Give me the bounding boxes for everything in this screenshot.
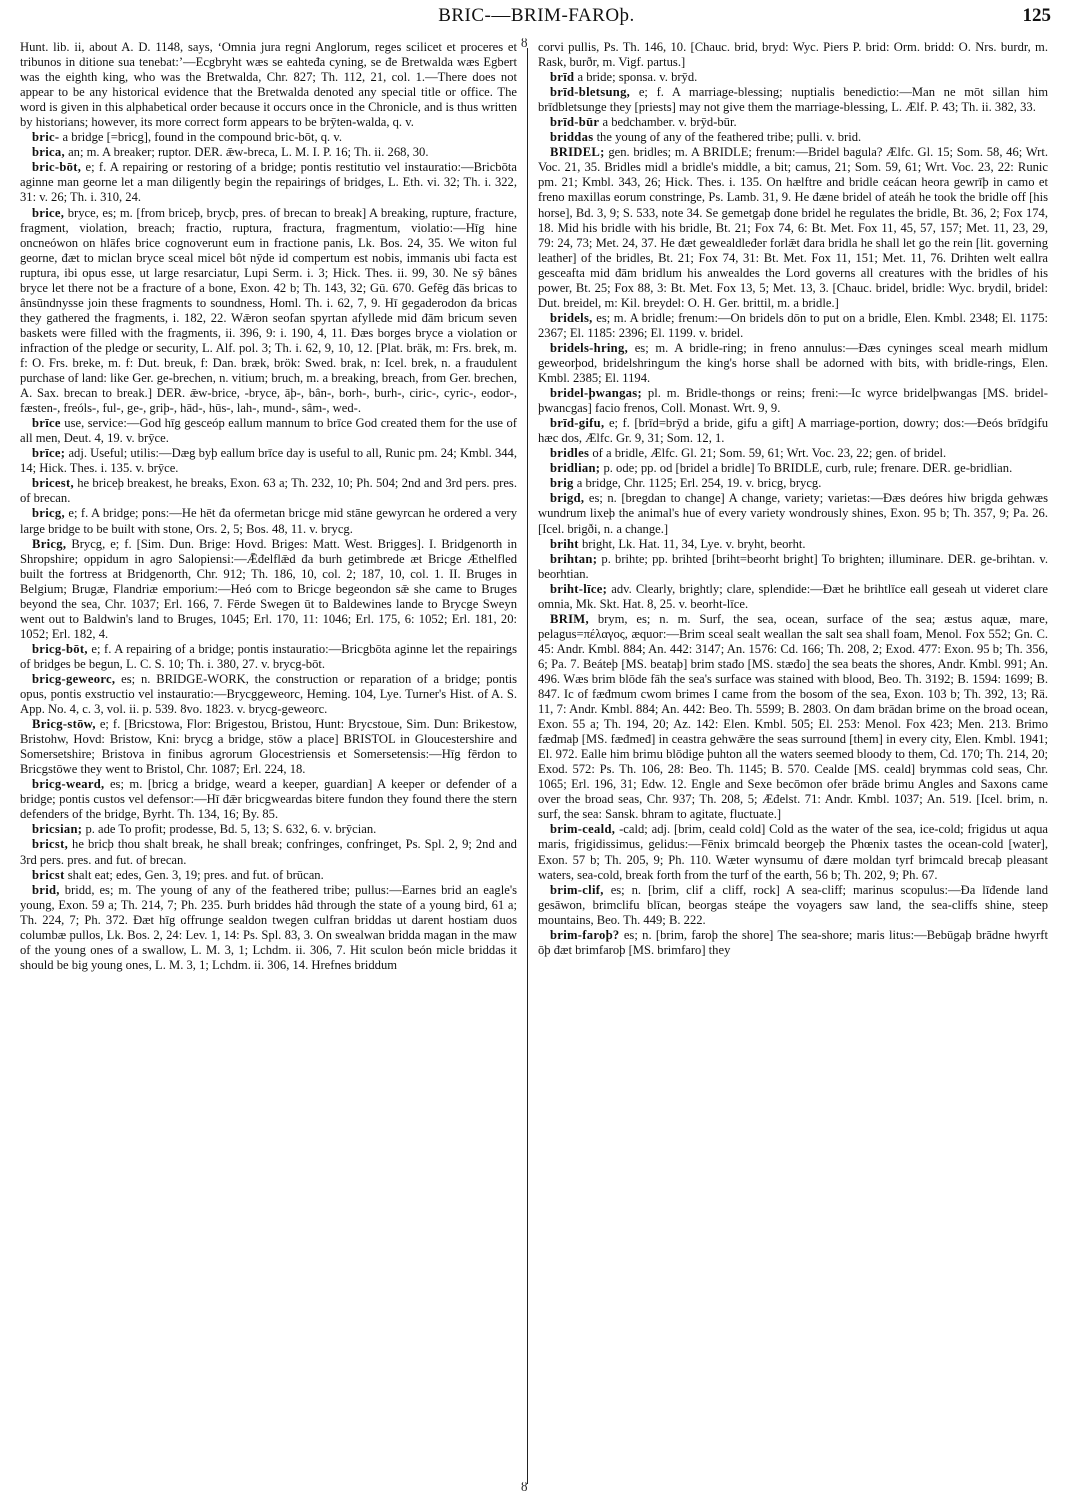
definition-text: gen. bridles; m. A BRIDLE; frenum:—Bride… xyxy=(538,145,1048,309)
dictionary-entry: brigd, es; n. [bregdan to change] A chan… xyxy=(538,491,1048,536)
headword: bric-bōt, xyxy=(32,160,81,174)
headword: brīd-būr xyxy=(550,115,599,129)
definition-text: of a bridle, Ælfc. Gl. 21; Som. 59, 61; … xyxy=(592,446,946,460)
definition-text: a bridge, Chr. 1125; Erl. 254, 19. v. br… xyxy=(577,476,822,490)
running-title: BRIC-—BRIM-FAROþ. xyxy=(0,5,1073,27)
headword: bricg-bōt, xyxy=(32,642,88,656)
dictionary-entry: bricst shalt eat; edes, Gen. 3, 19; pres… xyxy=(20,868,517,883)
definition-text: -cald; adj. [brim, ceald cold] Cold as t… xyxy=(538,822,1048,881)
dictionary-entry: brid, bridd, es; m. The young of any of … xyxy=(20,883,517,973)
dictionary-entry: bricg, e; f. A bridge; pons:—He hēt đa o… xyxy=(20,506,517,536)
headword: bric- xyxy=(32,130,59,144)
dictionary-entry: bridlian; p. ode; pp. od [bridel a bridl… xyxy=(538,461,1048,476)
dictionary-entry: briht bright, Lk. Hat. 11, 34, Lye. v. b… xyxy=(538,537,1048,552)
dictionary-entry: bricg-bōt, e; f. A repairing of a bridge… xyxy=(20,642,517,672)
headword: Bricg, xyxy=(32,537,66,551)
headword: bridels-hring, xyxy=(550,341,628,355)
dictionary-entry: bric-bōt, e; f. A repairing or restoring… xyxy=(20,160,517,205)
headword: bridles xyxy=(550,446,589,460)
definition-text: adv. Clearly, brightly; clare, splendide… xyxy=(538,582,1048,611)
definition-text: e; f. A repairing of a bridge; pontis in… xyxy=(20,642,517,671)
definition-text: bryce, es; m. [from briceþ, brycþ, pres.… xyxy=(20,206,517,416)
definition-text: brym, es; n. m. Surf, the sea, ocean, su… xyxy=(538,612,1048,822)
definition-text: the young of any of the feathered tribe;… xyxy=(597,130,862,144)
dictionary-entry: bricg-geweorc, es; n. BRIDGE-WORK, the c… xyxy=(20,672,517,717)
dictionary-entry: bridels-hring, es; m. A bridle-ring; in … xyxy=(538,341,1048,386)
right-column: corvi pullis, Ps. Th. 146, 10. [Chauc. b… xyxy=(538,40,1048,958)
headword: brīd-bletsung, xyxy=(550,85,630,99)
headword: brīce xyxy=(32,416,61,430)
definition-text: e; f. [brīd=brȳd a bride, gifu a gift] A… xyxy=(538,416,1048,445)
dictionary-entry: bricst, he bricþ thou shalt break, he sh… xyxy=(20,837,517,867)
dictionary-entry: brīd a bride; sponsa. v. brȳd. xyxy=(538,70,1048,85)
headword: bricest, xyxy=(32,476,74,490)
column-ornament-bottom-icon: ȣ xyxy=(521,1480,528,1493)
entry-continuation: corvi pullis, Ps. Th. 146, 10. [Chauc. b… xyxy=(538,40,1048,70)
definition-text: p. ode; pp. od [bridel a bridle] To BRID… xyxy=(603,461,1012,475)
headword: briht xyxy=(550,537,579,551)
headword: bridels, xyxy=(550,311,593,325)
dictionary-entry: brim-clif, es; n. [brim, clif a cliff, r… xyxy=(538,883,1048,928)
dictionary-entry: BRIDEL; gen. bridles; m. A BRIDLE; frenu… xyxy=(538,145,1048,311)
definition-text: es; n. [bregdan to change] A change, var… xyxy=(538,491,1048,535)
headword: brim-ceald, xyxy=(550,822,615,836)
definition-text: es; n. [brim, clif a cliff, rock] A sea-… xyxy=(538,883,1048,927)
headword: BRIM, xyxy=(550,612,589,626)
definition-text: Brycg, e; f. [Sim. Dun. Brige: Hovd. Bri… xyxy=(20,537,517,641)
headword: BRIDEL; xyxy=(550,145,605,159)
page-number: 125 xyxy=(1023,5,1052,27)
dictionary-entry: bridels, es; m. A bridle; frenum:—On bri… xyxy=(538,311,1048,341)
headword: brigd, xyxy=(550,491,584,505)
definition-text: e; f. A bridge; pons:—He hēt đa ofermeta… xyxy=(20,506,517,535)
headword: Bricg-stōw, xyxy=(32,717,96,731)
page-header: BRIC-—BRIM-FAROþ. 125 xyxy=(0,2,1073,32)
definition-text: he bricþ thou shalt break, he shall brea… xyxy=(20,837,517,866)
dictionary-entry: bricsian; p. ade To profit; prodesse, Bd… xyxy=(20,822,517,837)
definition-text: p. brihte; pp. brihted [briht=beorht bri… xyxy=(538,552,1048,581)
headword: brig xyxy=(550,476,574,490)
dictionary-entry: bridel-þwangas; pl. m. Bridle-thongs or … xyxy=(538,386,1048,416)
dictionary-entry: brīd-gifu, e; f. [brīd=brȳd a bride, gif… xyxy=(538,416,1048,446)
column-divider xyxy=(527,48,528,1484)
dictionary-entry: Bricg, Brycg, e; f. [Sim. Dun. Brige: Ho… xyxy=(20,537,517,642)
headword: brīd xyxy=(550,70,574,84)
definition-text: Hunt. lib. ii, about A. D. 1148, says, ‘… xyxy=(20,40,517,129)
definition-text: he briceþ breakest, he breaks, Exon. 63 … xyxy=(20,476,517,505)
dictionary-entry: brīce use, service:—God hīg gesceóp eall… xyxy=(20,416,517,446)
headword: bricg-geweorc, xyxy=(32,672,115,686)
headword: brihtan; xyxy=(550,552,597,566)
definition-text: bridd, es; m. The young of any of the fe… xyxy=(20,883,517,972)
headword: bridel-þwangas; xyxy=(550,386,642,400)
dictionary-entry: bricest, he briceþ breakest, he breaks, … xyxy=(20,476,517,506)
headword: brica, xyxy=(32,145,65,159)
definition-text: use, service:—God hīg gesceóp eallum man… xyxy=(20,416,517,445)
definition-text: p. ade To profit; prodesse, Bd. 5, 13; S… xyxy=(85,822,376,836)
dictionary-entry: BRIM, brym, es; n. m. Surf, the sea, oce… xyxy=(538,612,1048,823)
headword: brid, xyxy=(32,883,60,897)
definition-text: a bridge [=bricg], found in the compound… xyxy=(63,130,342,144)
dictionary-entry: bric- a bridge [=bricg], found in the co… xyxy=(20,130,517,145)
dictionary-entry: brica, an; m. A breaker; ruptor. DER. ǣw… xyxy=(20,145,517,160)
dictionary-entry: brihtan; p. brihte; pp. brihted [briht=b… xyxy=(538,552,1048,582)
headword: brīd-gifu, xyxy=(550,416,604,430)
headword: bricst, xyxy=(32,837,68,851)
headword: bricg-weard, xyxy=(32,777,105,791)
headword: brīce; xyxy=(32,446,65,460)
dictionary-entry: Bricg-stōw, e; f. [Bricstowa, Flor: Brig… xyxy=(20,717,517,777)
definition-text: a bedchamber. v. brȳd-būr. xyxy=(602,115,736,129)
headword: briht-līce; xyxy=(550,582,607,596)
definition-text: corvi pullis, Ps. Th. 146, 10. [Chauc. b… xyxy=(538,40,1048,69)
left-column: Hunt. lib. ii, about A. D. 1148, says, ‘… xyxy=(20,40,517,973)
definition-text: es; m. A bridle; frenum:—On bridels dōn … xyxy=(538,311,1048,340)
headword: briddas xyxy=(550,130,593,144)
headword: bridlian; xyxy=(550,461,600,475)
definition-text: a bride; sponsa. v. brȳd. xyxy=(577,70,697,84)
dictionary-entry: briddas the young of any of the feathere… xyxy=(538,130,1048,145)
dictionary-entry: brīce; adj. Useful; utilis:—Dæg byþ eall… xyxy=(20,446,517,476)
definition-text: an; m. A breaker; ruptor. DER. ǣw-breca,… xyxy=(68,145,428,159)
definition-text: e; f. A repairing or restoring of a brid… xyxy=(20,160,517,204)
dictionary-entry: brīd-būr a bedchamber. v. brȳd-būr. xyxy=(538,115,1048,130)
entry-continuation: Hunt. lib. ii, about A. D. 1148, says, ‘… xyxy=(20,40,517,130)
dictionary-entry: brim-faroþ? es; n. [brim, faroþ the shor… xyxy=(538,928,1048,958)
dictionary-entry: brice, bryce, es; m. [from briceþ, brycþ… xyxy=(20,206,517,417)
dictionary-entry: brig a bridge, Chr. 1125; Erl. 254, 19. … xyxy=(538,476,1048,491)
dictionary-entry: brim-ceald, -cald; adj. [brim, ceald col… xyxy=(538,822,1048,882)
headword: brice, xyxy=(32,206,64,220)
headword: bricsian; xyxy=(32,822,82,836)
headword: bricst xyxy=(32,868,65,882)
dictionary-entry: bricg-weard, es; m. [bricg a bridge, wea… xyxy=(20,777,517,822)
dictionary-entry: bridles of a bridle, Ælfc. Gl. 21; Som. … xyxy=(538,446,1048,461)
dictionary-entry: briht-līce; adv. Clearly, brightly; clar… xyxy=(538,582,1048,612)
headword: brim-faroþ? xyxy=(550,928,620,942)
definition-text: bright, Lk. Hat. 11, 34, Lye. v. bryht, … xyxy=(582,537,806,551)
definition-text: shalt eat; edes, Gen. 3, 19; pres. and f… xyxy=(68,868,324,882)
dictionary-entry: brīd-bletsung, e; f. A marriage-blessing… xyxy=(538,85,1048,115)
headword: brim-clif, xyxy=(550,883,604,897)
headword: bricg, xyxy=(32,506,65,520)
definition-text: adj. Useful; utilis:—Dæg byþ eallum brīc… xyxy=(20,446,517,475)
